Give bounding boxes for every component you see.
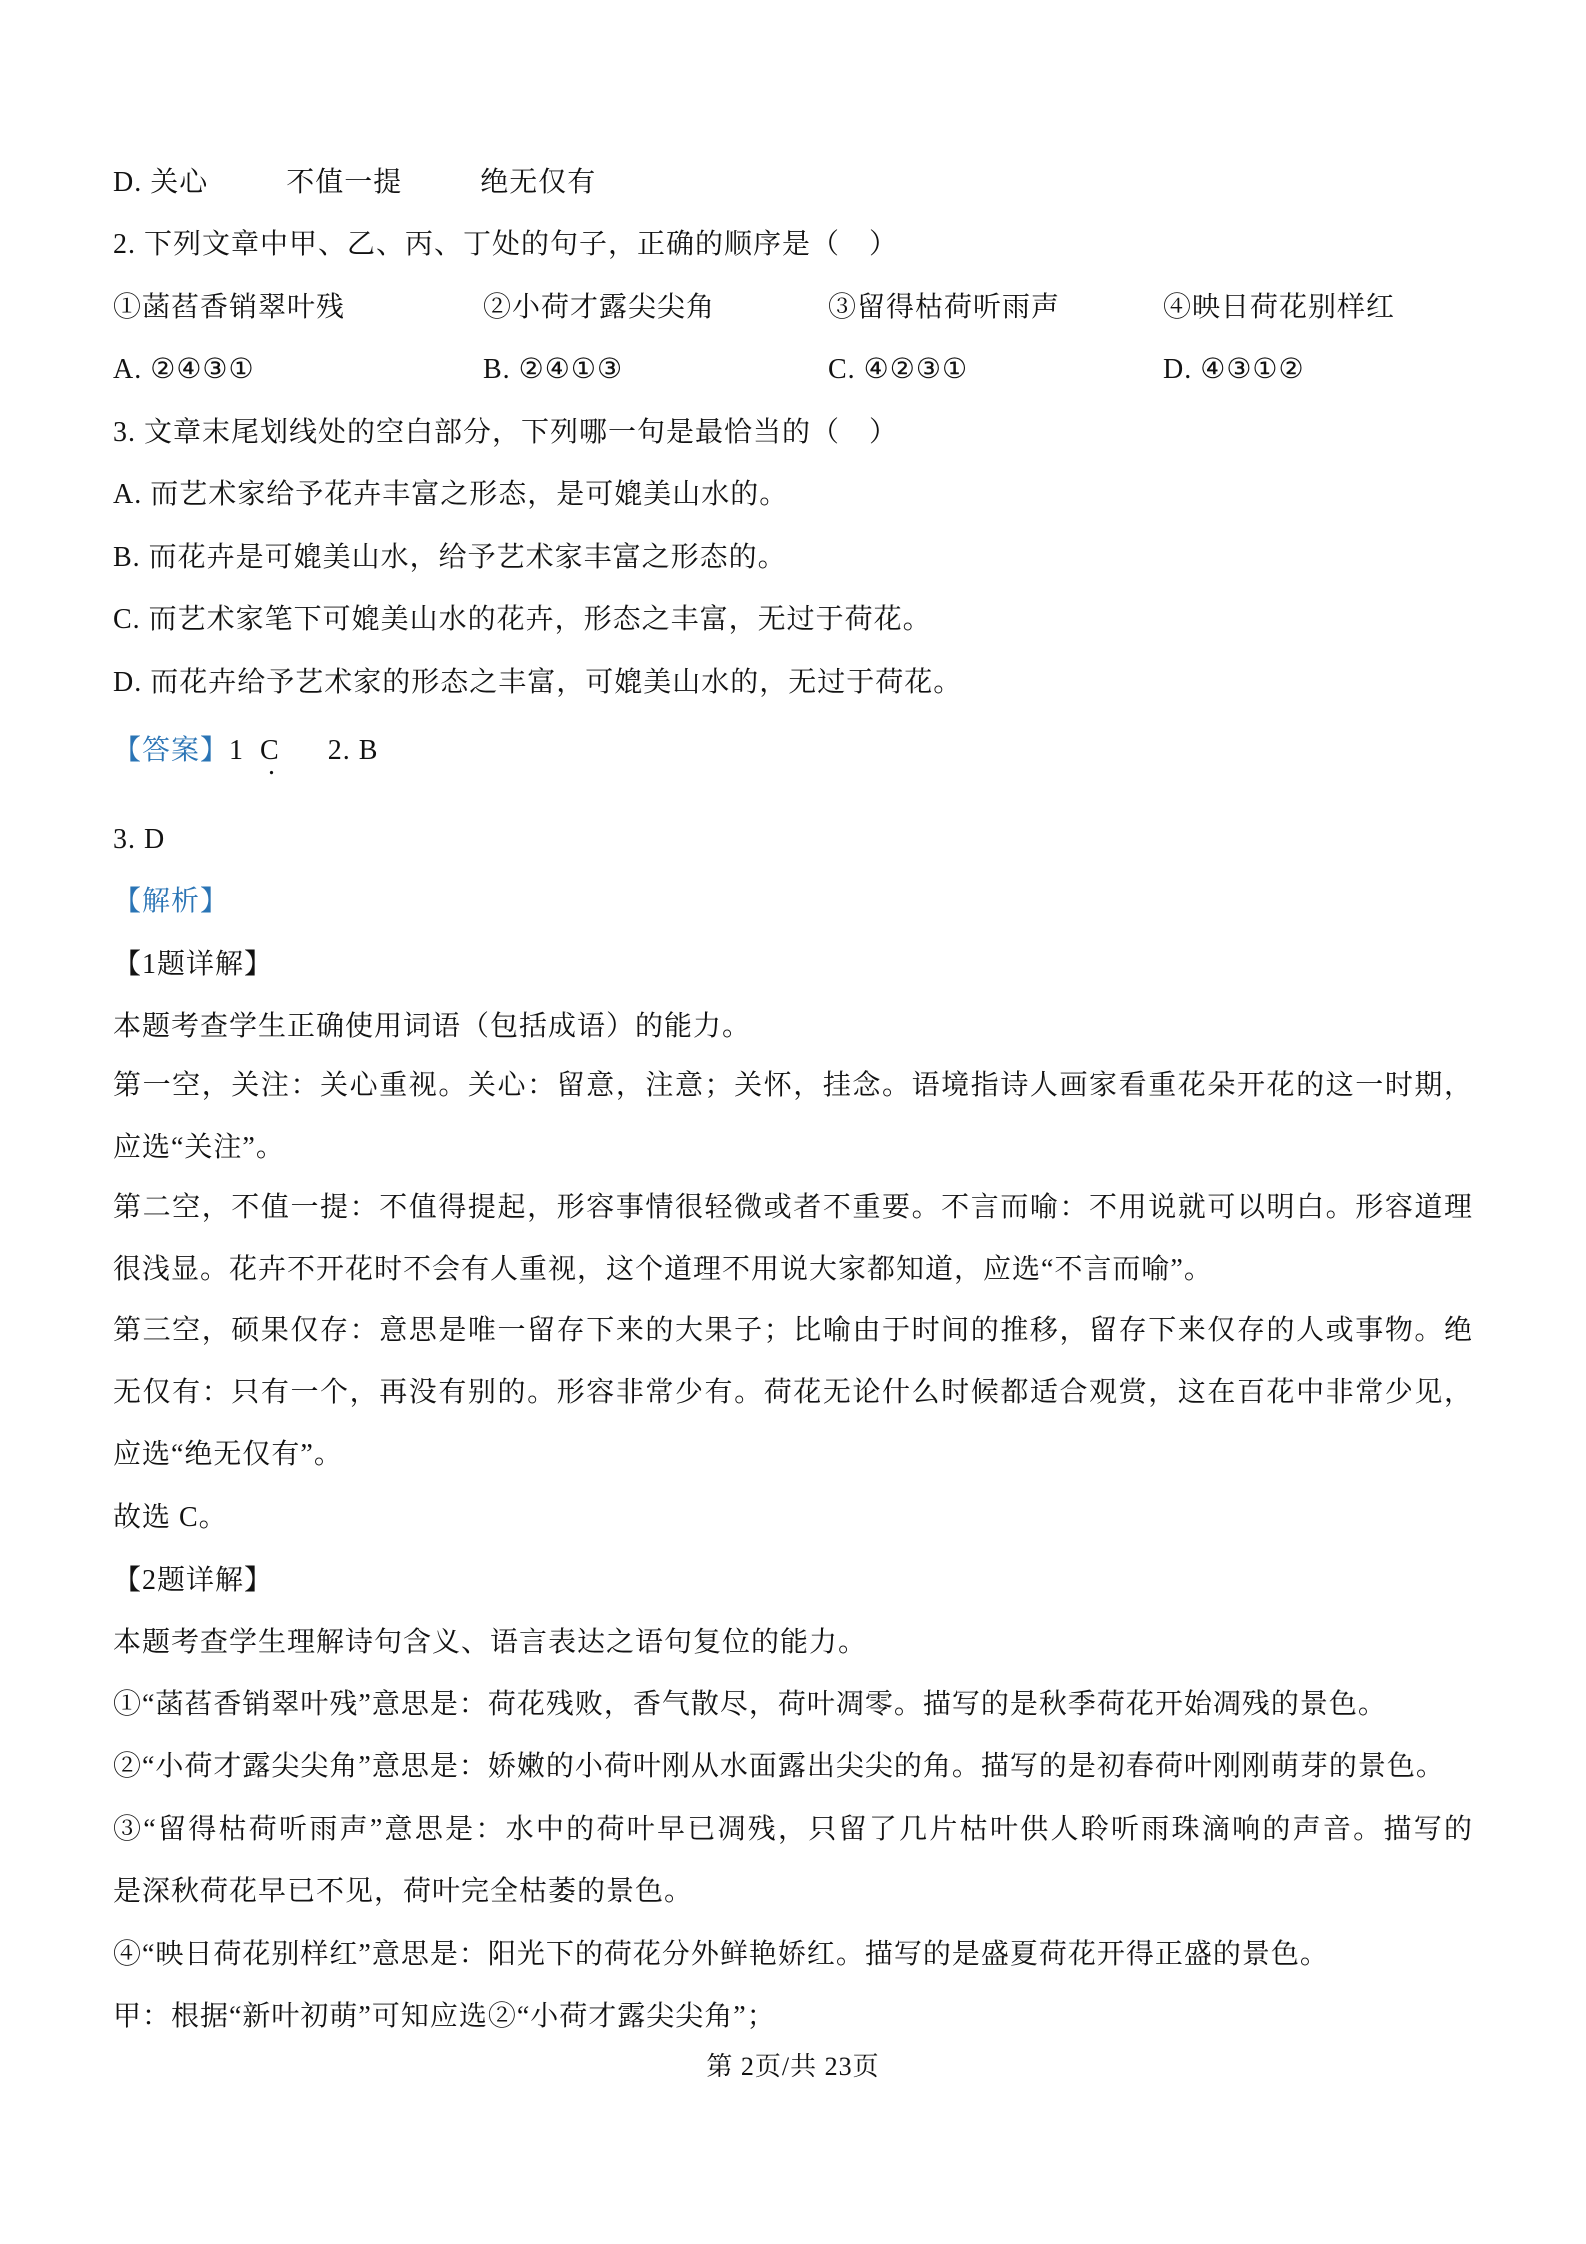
detail-2-line-3: ②“小荷才露尖尖角”意思是：娇嫩的小荷叶刚从水面露出尖尖的角。描写的是初春荷叶刚… — [113, 1749, 1473, 1784]
choice-a: A. ②④③① — [113, 352, 483, 387]
phrase-2: ②小荷才露尖尖角 — [483, 290, 828, 325]
question-2-phrase-row: ①菡萏香销翠叶残 ②小荷才露尖尖角 ③留得枯荷听雨声 ④映日荷花别样红 — [113, 290, 1473, 325]
answer-3-line: 3. D — [113, 822, 1473, 857]
answer-line: 【答案】1 C 2. B — [113, 733, 1473, 768]
question-3-option-b: B. 而花卉是可媲美山水，给予艺术家丰富之形态的。 — [113, 540, 1473, 575]
detail-1-line-8: 应选“绝无仅有”。 — [113, 1437, 1473, 1472]
detail-2-line-4: ③“留得枯荷听雨声”意思是：水中的荷叶早已凋残，只留了几片枯叶供人聆听雨珠滴响的… — [113, 1812, 1473, 1847]
detail-2-line-6: ④“映日荷花别样红”意思是：阳光下的荷花分外鲜艳娇红。描写的是盛夏荷花开得正盛的… — [113, 1937, 1473, 1972]
stray-period-artifact: . — [268, 752, 275, 780]
detail-1-line-9: 故选 C。 — [113, 1500, 1473, 1535]
analysis-label: 【解析】 — [113, 884, 1473, 919]
question-3-option-a: A. 而艺术家给予花卉丰富之形态，是可媲美山水的。 — [113, 477, 1473, 512]
answer-values: 1 C 2. B — [229, 735, 378, 766]
exam-document-page: D. 关心不值一提绝无仅有 2. 下列文章中甲、乙、丙、丁处的句子，正确的顺序是… — [0, 0, 1586, 2244]
detail-2-line-1: 本题考查学生理解诗句含义、语言表达之语句复位的能力。 — [113, 1625, 1473, 1660]
q1-option-d-label: D. 关心 — [113, 165, 208, 200]
question-2-choice-row: A. ②④③① B. ②④①③ C. ④②③① D. ④③①② — [113, 352, 1473, 387]
phrase-4: ④映日荷花别样红 — [1163, 290, 1473, 325]
phrase-1: ①菡萏香销翠叶残 — [113, 290, 483, 325]
detail-2-line-5: 是深秋荷花早已不见，荷叶完全枯萎的景色。 — [113, 1874, 1473, 1909]
phrase-3: ③留得枯荷听雨声 — [828, 290, 1163, 325]
answer-label: 【答案】 — [113, 735, 229, 766]
q1-option-d-word-3: 绝无仅有 — [480, 167, 596, 198]
question-3-option-c: C. 而艺术家笔下可媲美山水的花卉，形态之丰富，无过于荷花。 — [113, 602, 1473, 637]
detail-2-line-2: ①“菡萏香销翠叶残”意思是：荷花残败，香气散尽，荷叶凋零。描写的是秋季荷花开始凋… — [113, 1687, 1473, 1722]
detail-2-heading: 【2题详解】 — [113, 1563, 1473, 1598]
detail-1-line-6: 第三空，硕果仅存：意思是唯一留存下来的大果子；比喻由于时间的推移，留存下来仅存的… — [113, 1313, 1473, 1348]
question-3-option-d: D. 而花卉给予艺术家的形态之丰富，可媲美山水的，无过于荷花。 — [113, 665, 1473, 700]
q1-option-d-word-2: 不值一提 — [286, 165, 402, 200]
page-number-footer: 第 2页/共 23页 — [0, 2046, 1586, 2083]
question-3-stem: 3. 文章末尾划线处的空白部分，下列哪一句是最恰当的（ ） — [113, 415, 1473, 450]
choice-c: C. ④②③① — [828, 352, 1163, 387]
choice-d: D. ④③①② — [1163, 352, 1473, 387]
detail-1-line-7: 无仅有：只有一个，再没有别的。形容非常少有。荷花无论什么时候都适合观赏，这在百花… — [113, 1375, 1473, 1410]
detail-2-line-7: 甲：根据“新叶初萌”可知应选②“小荷才露尖尖角”； — [113, 1999, 1473, 2034]
detail-1-line-4: 第二空，不值一提：不值得提起，形容事情很轻微或者不重要。不言而喻：不用说就可以明… — [113, 1190, 1473, 1225]
detail-1-heading: 【1题详解】 — [113, 947, 1473, 982]
q1-option-d-line: D. 关心不值一提绝无仅有 — [113, 165, 1473, 200]
choice-b: B. ②④①③ — [483, 352, 828, 387]
detail-1-line-2: 第一空，关注：关心重视。关心：留意，注意；关怀，挂念。语境指诗人画家看重花朵开花… — [113, 1068, 1473, 1103]
detail-1-line-5: 很浅显。花卉不开花时不会有人重视，这个道理不用说大家都知道，应选“不言而喻”。 — [113, 1252, 1473, 1287]
question-2-stem: 2. 下列文章中甲、乙、丙、丁处的句子，正确的顺序是（ ） — [113, 227, 1473, 262]
detail-1-line-3: 应选“关注”。 — [113, 1130, 1473, 1165]
detail-1-line-1: 本题考查学生正确使用词语（包括成语）的能力。 — [113, 1009, 1473, 1044]
